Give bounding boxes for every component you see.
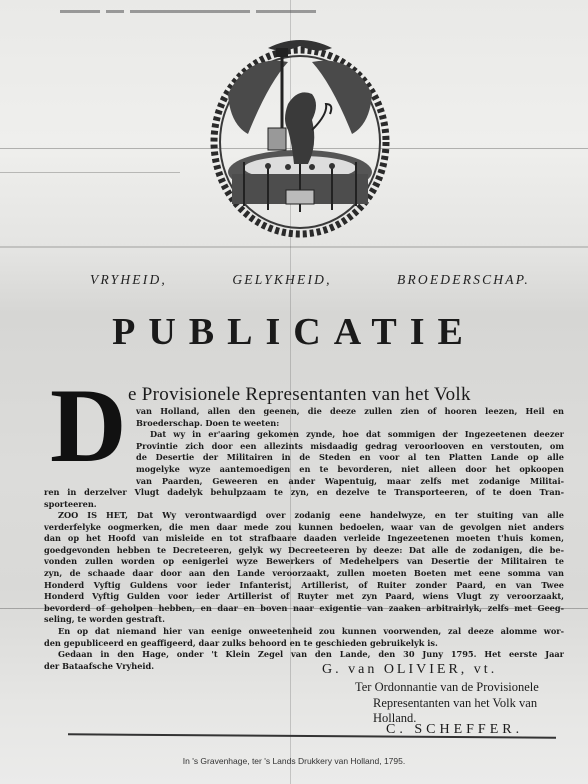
text-line: En op dat niemand hier van eenige onweet… xyxy=(44,626,564,638)
text-line: Honderd Vyftig Gulden voor ieder Artille… xyxy=(44,591,564,603)
text-line: dan op het Hoofd van misleide en tot str… xyxy=(44,533,564,545)
text-line: sporteeren. xyxy=(44,499,564,511)
countersign-line: Representanten van het Volk van xyxy=(373,696,537,711)
text-line: den gepubliceerd en geaffigeerd, daar zu… xyxy=(44,638,564,650)
text-line: van Paarden, Geweeren en ander Wapentuig… xyxy=(136,476,564,488)
paragraph-publication: En op dat niemand hier van eenige onweet… xyxy=(44,626,564,649)
signature-olivier: G. van OLIVIER, vt. xyxy=(322,662,497,678)
text-line: Provintie zich door een allezints misdaa… xyxy=(136,441,564,453)
text-line: mogelyke wyze aantemoedigen en te bevord… xyxy=(136,464,564,476)
text-line: ren in derzelver Vlugt dadelyk behulpzaa… xyxy=(44,487,564,499)
text-line: Broederschap. Doen te weeten: xyxy=(136,418,564,430)
printer-imprint: In 's Gravenhage, ter 's Lands Drukkery … xyxy=(0,756,588,766)
paragraph-intro-continued: ren in derzelver Vlugt dadelyk behulpzaa… xyxy=(44,487,564,510)
text-line: van Holland, allen den geenen, die deeze… xyxy=(136,406,564,418)
text-line: zyn, de schaade daar door aan den Lande … xyxy=(44,568,564,580)
countersign-line: Ter Ordonnantie van de Provisionele xyxy=(355,680,539,695)
batavian-lion-emblem-icon xyxy=(208,34,392,240)
motto: VRYHEID, GELYKHEID, BROEDERSCHAP. xyxy=(90,272,530,288)
motto-word: VRYHEID, xyxy=(90,272,167,288)
text-line: bevorderd of geholpen hebben, en daar en… xyxy=(44,603,564,615)
text-line: ZOO IS HET, Dat Wy verontwaardigd over z… xyxy=(44,510,564,522)
text-line: de Desertie der Militairen in de Steden … xyxy=(136,452,564,464)
text-line: vonden zullen worden op eenigerlei wyze … xyxy=(44,556,564,568)
text-line: verderfelyke oogmerken, die men daar med… xyxy=(44,522,564,534)
lead-line: e Provisionele Representanten van het Vo… xyxy=(128,384,471,406)
paper-crease xyxy=(0,172,180,173)
text-line: goedgevonden hebben te Decreteeren, gely… xyxy=(44,545,564,557)
drop-cap: D xyxy=(50,382,127,470)
motto-word: BROEDERSCHAP. xyxy=(397,272,530,288)
text-line: Gedaan in den Hage, onder 't Klein Zegel… xyxy=(44,649,564,661)
paragraph-decree: ZOO IS HET, Dat Wy verontwaardigd over z… xyxy=(44,510,564,626)
torn-header-remnant xyxy=(60,0,420,6)
motto-word: GELYKHEID, xyxy=(232,272,331,288)
text-line: Honderd Vyftig Guldens voor ieder Infant… xyxy=(44,580,564,592)
paper-crease xyxy=(0,246,588,248)
paragraph-intro: van Holland, allen den geenen, die deeze… xyxy=(136,406,564,487)
text-line: seling, te worden gestraft. xyxy=(44,614,564,626)
page-title: PUBLICATIE xyxy=(0,310,588,354)
text-line: Dat wy in er'aaring gekomen zynde, hoe d… xyxy=(136,429,564,441)
